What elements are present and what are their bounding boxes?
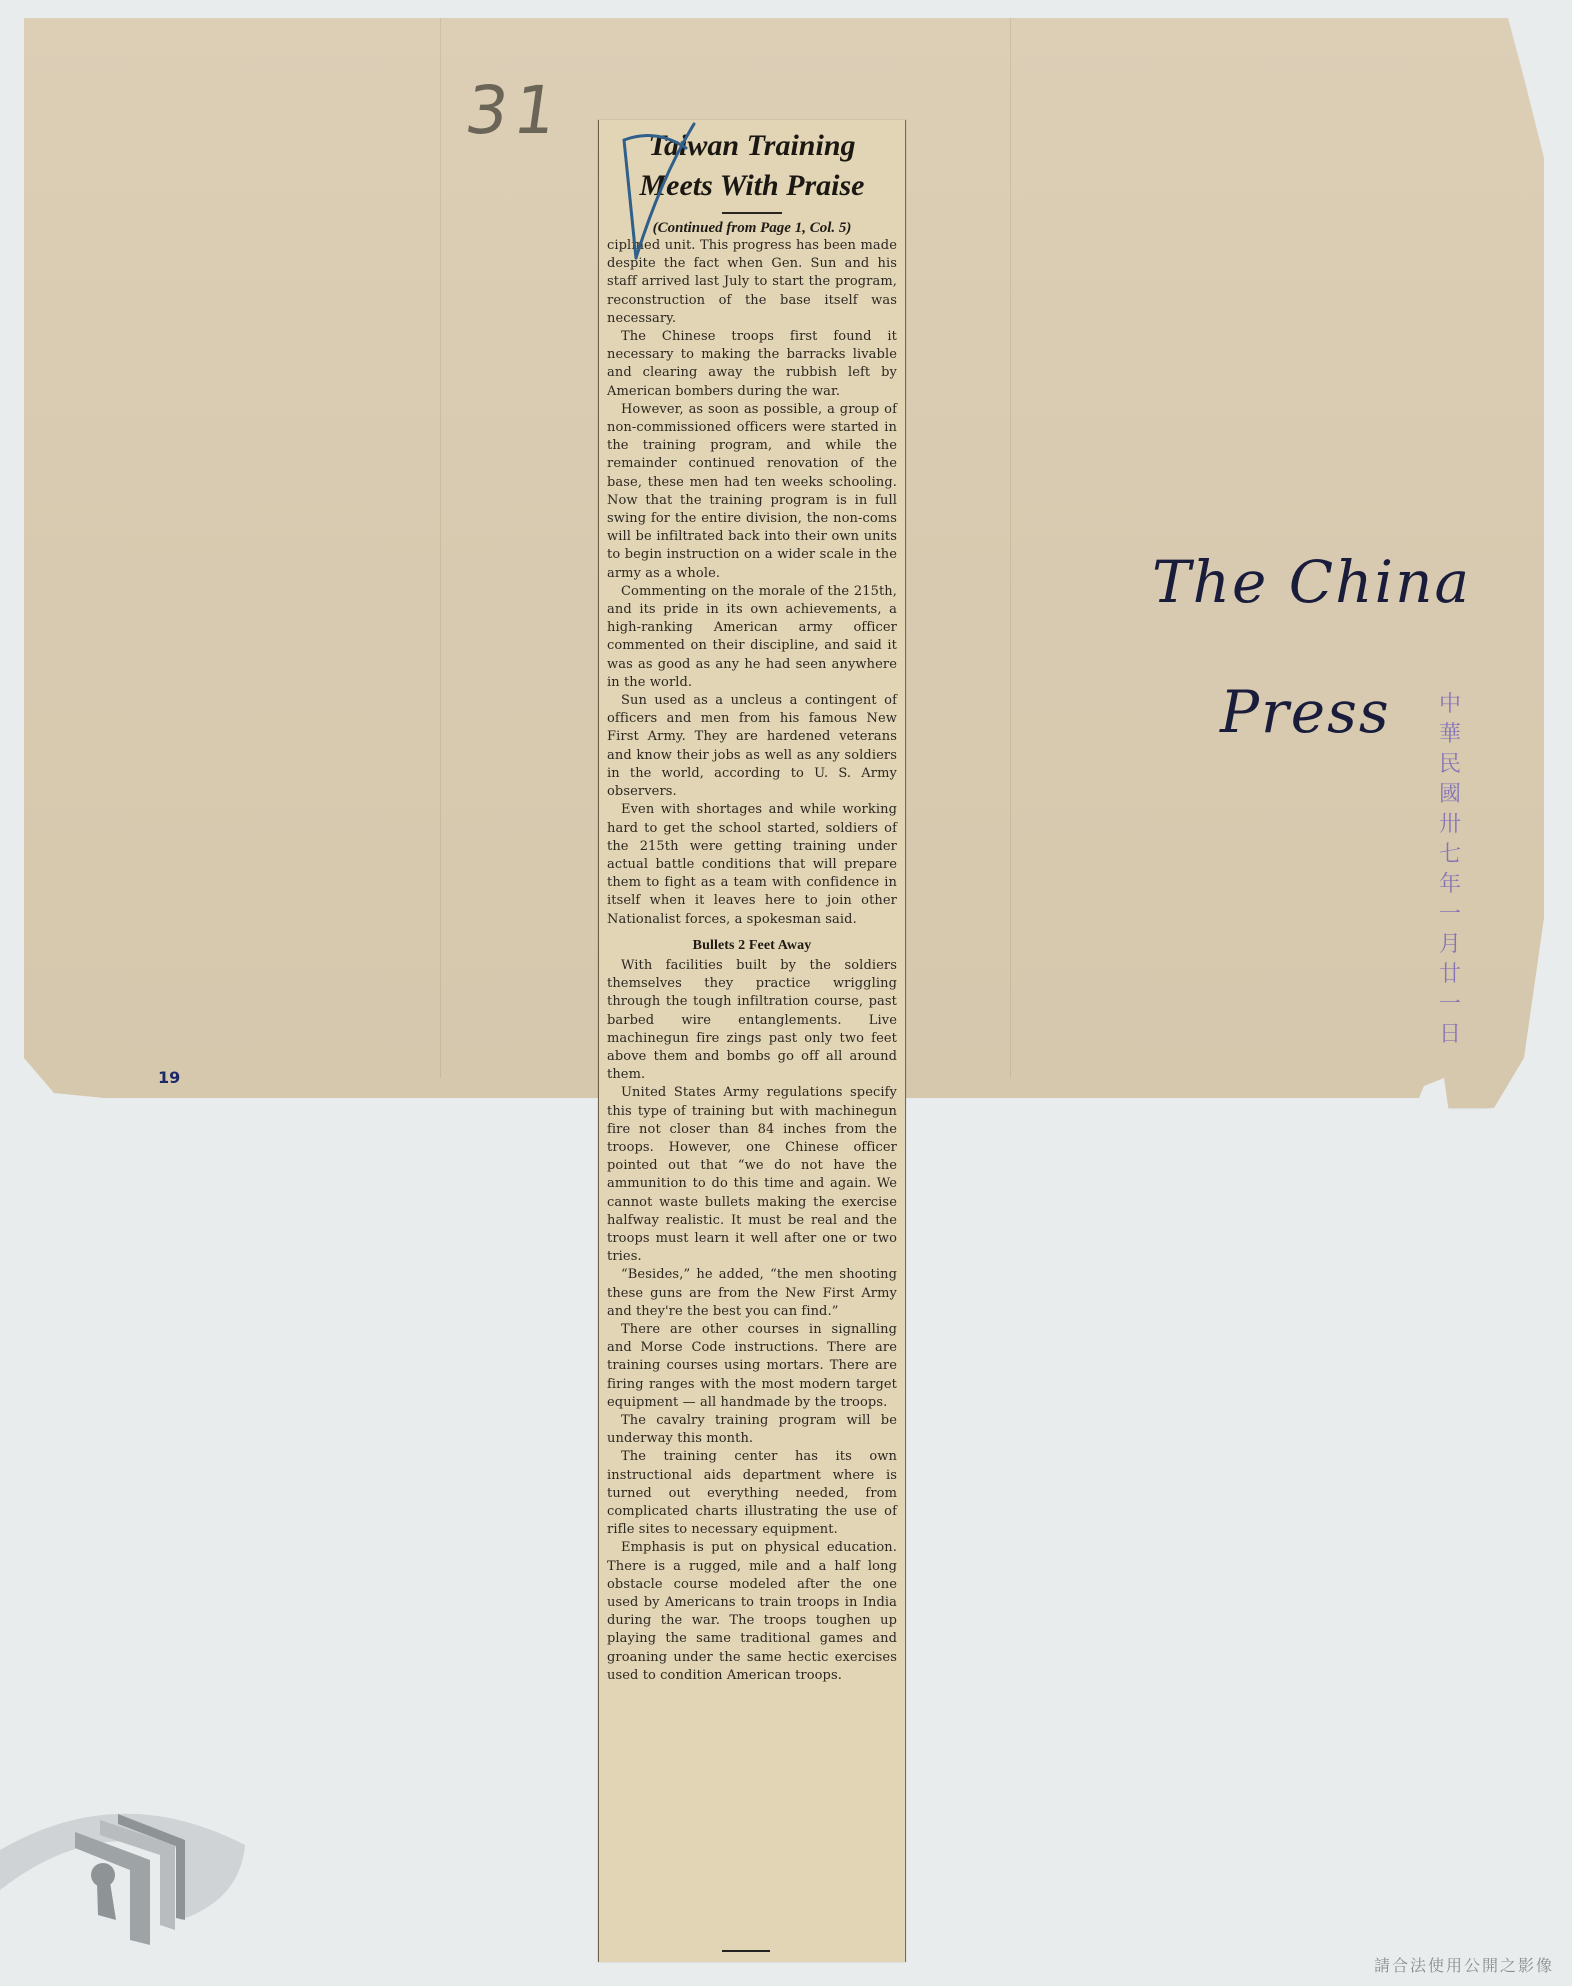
handwritten-source-line1: The China <box>1152 548 1471 616</box>
paragraph: There are other courses in signalling an… <box>607 1321 897 1412</box>
stamp-char: 卅 <box>1435 810 1465 840</box>
end-rule <box>722 1950 770 1952</box>
paragraph: Emphasis is put on physical education. T… <box>607 1539 897 1685</box>
paragraph: “Besides,” he added, “the men shooting t… <box>607 1266 897 1321</box>
article-body: cipl­ined unit. This progress has been m… <box>607 237 897 1685</box>
paragraph: cipl­ined unit. This progress has been m… <box>607 237 897 328</box>
paragraph: However, as soon as possible, a group of… <box>607 401 897 583</box>
continued-note: (Continued from Page 1, Col. 5) <box>607 220 897 237</box>
paragraph: The Chinese troops first found it necess… <box>607 328 897 401</box>
headline: Taiwan Training Meets With Praise <box>607 126 897 206</box>
stamp-char: 民 <box>1435 750 1465 780</box>
newspaper-clipping: Taiwan Training Meets With Praise (Conti… <box>598 120 906 1962</box>
paper-fold-line <box>440 18 441 1078</box>
subheading: Bullets 2 Feet Away <box>607 937 897 955</box>
paragraph: Sun used as a uncleus a contingent of of… <box>607 692 897 801</box>
pencil-annotation: 31 <box>461 72 568 149</box>
paragraph: Commenting on the morale of the 215th, a… <box>607 583 897 692</box>
date-stamp: 中 華 民 國 卅 七 年 一 月 廿 一 日 <box>1435 690 1465 1050</box>
headline-line1: Taiwan Training <box>607 126 897 166</box>
page-number: 19 <box>158 1068 180 1087</box>
stamp-char: 年 <box>1435 870 1465 900</box>
stamp-char: 七 <box>1435 840 1465 870</box>
stamp-char: 日 <box>1435 1020 1465 1050</box>
paragraph: The training center has its own instruct… <box>607 1448 897 1539</box>
stamp-char: 一 <box>1435 900 1465 930</box>
stamp-char: 華 <box>1435 720 1465 750</box>
stamp-char: 廿 <box>1435 960 1465 990</box>
headline-rule <box>722 212 782 214</box>
handwritten-source-line2: Press <box>1220 678 1391 746</box>
paragraph: United States Army regulations specify t… <box>607 1084 897 1266</box>
stamp-char: 月 <box>1435 930 1465 960</box>
paragraph: Even with shortages and while working ha… <box>607 801 897 928</box>
stamp-char: 國 <box>1435 780 1465 810</box>
stamp-char: 一 <box>1435 990 1465 1020</box>
headline-line2: Meets With Praise <box>607 166 897 206</box>
paper-fold-line <box>1010 18 1011 1078</box>
watermark-text: 請合法使用公開之影像 <box>1374 1953 1554 1976</box>
archive-logo-icon <box>0 1790 250 1980</box>
paragraph: With facilities built by the soldiers th… <box>607 957 897 1084</box>
paragraph: The cavalry training program will be und… <box>607 1412 897 1448</box>
stamp-char: 中 <box>1435 690 1465 720</box>
